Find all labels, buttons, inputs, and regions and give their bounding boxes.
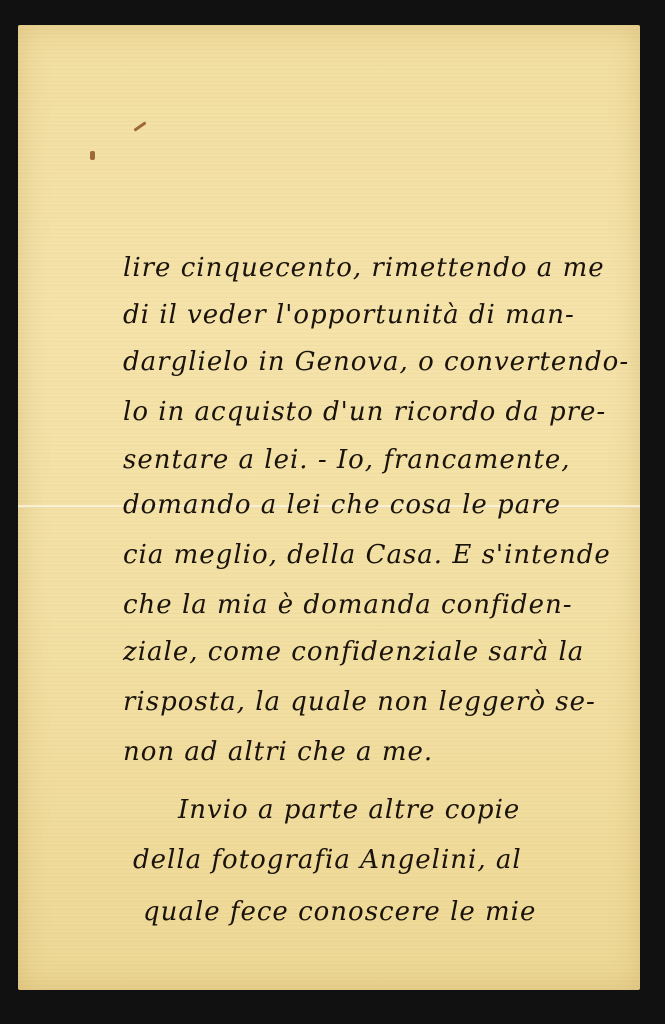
letter-page: lire cinquecento, rimettendo a me di il … (18, 25, 640, 990)
text-line: non ad altri che a me. (123, 737, 433, 767)
text-line: di il veder l'opportunità di man- (123, 300, 575, 330)
text-line: che la mia è domanda confiden- (123, 590, 573, 620)
text-line: ziale, come confidenziale sarà la (123, 637, 584, 667)
handwritten-text: lire cinquecento, rimettendo a me di il … (18, 25, 640, 990)
text-line: cia meglio, della Casa. E s'intende (123, 540, 611, 570)
text-line: domando a lei che cosa le pare (123, 490, 561, 520)
text-line: Invio a parte altre copie (178, 795, 520, 825)
text-line: quale fece conoscere le mie (143, 897, 536, 927)
text-line: lire cinquecento, rimettendo a me (123, 253, 605, 283)
text-line: lo in acquisto d'un ricordo da pre- (123, 397, 606, 427)
text-line: risposta, la quale non leggerò se- (123, 687, 596, 717)
text-line: della fotografia Angelini, al (133, 845, 522, 875)
text-line: darglielo in Genova, o convertendo- (123, 347, 629, 377)
text-line: sentare a lei. - Io, francamente, (123, 445, 571, 475)
